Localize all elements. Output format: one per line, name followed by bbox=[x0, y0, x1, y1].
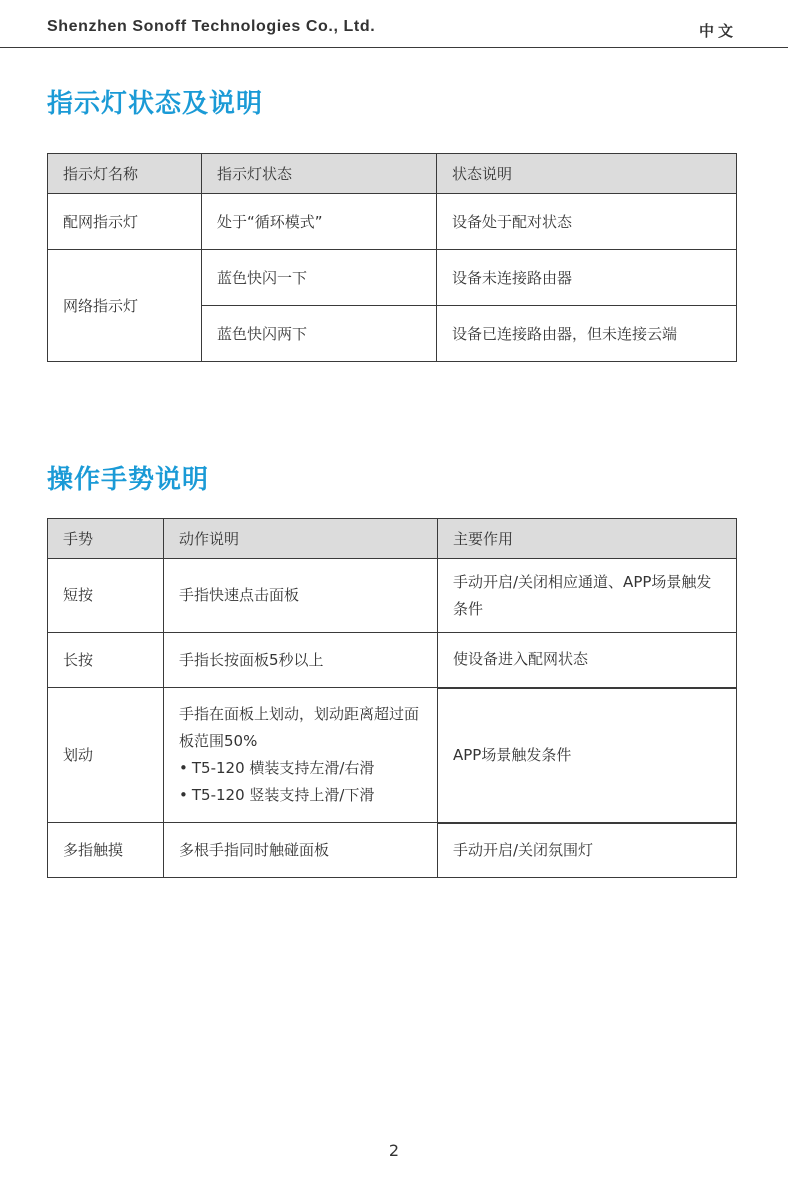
table-row: 长按 手指长按面板5秒以上 使设备进入配网状态 bbox=[48, 633, 737, 688]
table-row: 划动 手指在面板上划动，划动距离超过面板范围50% T5-120 横装支持左滑/… bbox=[48, 688, 737, 823]
gesture-effect: APP场景触发条件 bbox=[438, 688, 737, 823]
company-name: Shenzhen Sonoff Technologies Co., Ltd. bbox=[47, 18, 375, 36]
gesture-action: 手指在面板上划动，划动距离超过面板范围50% bbox=[179, 701, 422, 755]
gesture-action: 手指长按面板5秒以上 bbox=[164, 633, 438, 688]
indicator-desc: 设备已连接路由器，但未连接云端 bbox=[437, 306, 737, 362]
gesture-effect: 使设备进入配网状态 bbox=[438, 633, 737, 688]
indicator-section-title: 指示灯状态及说明 bbox=[47, 83, 263, 120]
table-row: 多指触摸 多根手指同时触碰面板 手动开启/关闭氛围灯 bbox=[48, 823, 737, 878]
indicator-desc: 设备处于配对状态 bbox=[437, 194, 737, 250]
column-header: 手势 bbox=[48, 519, 164, 559]
page-number: 2 bbox=[0, 1141, 788, 1160]
gesture-effect: 手动开启/关闭相应通道、APP场景触发条件 bbox=[438, 559, 737, 633]
language-label: 中文 bbox=[699, 20, 737, 41]
indicator-state: 处于“循环模式” bbox=[202, 194, 437, 250]
gesture-name: 划动 bbox=[48, 688, 164, 823]
column-header: 指示灯名称 bbox=[48, 154, 202, 194]
table-header-row: 指示灯名称 指示灯状态 状态说明 bbox=[48, 154, 737, 194]
gesture-action: 多根手指同时触碰面板 bbox=[164, 823, 438, 878]
column-header: 动作说明 bbox=[164, 519, 438, 559]
gesture-name: 短按 bbox=[48, 559, 164, 633]
table-row: 配网指示灯 处于“循环模式” 设备处于配对状态 bbox=[48, 194, 737, 250]
indicator-table: 指示灯名称 指示灯状态 状态说明 配网指示灯 处于“循环模式” 设备处于配对状态… bbox=[47, 153, 737, 362]
bullet-item: T5-120 竖装支持上滑/下滑 bbox=[179, 782, 422, 809]
indicator-name: 网络指示灯 bbox=[48, 250, 202, 362]
column-header: 主要作用 bbox=[438, 519, 737, 559]
table-row: 网络指示灯 蓝色快闪一下 设备未连接路由器 bbox=[48, 250, 737, 306]
table-header-row: 手势 动作说明 主要作用 bbox=[48, 519, 737, 559]
bullet-item: T5-120 横装支持左滑/右滑 bbox=[179, 755, 422, 782]
indicator-state: 蓝色快闪一下 bbox=[202, 250, 437, 306]
column-header: 状态说明 bbox=[437, 154, 737, 194]
gesture-action: 手指快速点击面板 bbox=[164, 559, 438, 633]
gesture-section-title: 操作手势说明 bbox=[47, 459, 209, 496]
indicator-name: 配网指示灯 bbox=[48, 194, 202, 250]
column-header: 指示灯状态 bbox=[202, 154, 437, 194]
gesture-name: 长按 bbox=[48, 633, 164, 688]
table-row: 短按 手指快速点击面板 手动开启/关闭相应通道、APP场景触发条件 bbox=[48, 559, 737, 633]
gesture-table: 手势 动作说明 主要作用 短按 手指快速点击面板 手动开启/关闭相应通道、APP… bbox=[47, 518, 737, 878]
gesture-effect: 手动开启/关闭氛围灯 bbox=[438, 823, 737, 878]
indicator-desc: 设备未连接路由器 bbox=[437, 250, 737, 306]
indicator-state: 蓝色快闪两下 bbox=[202, 306, 437, 362]
gesture-action-cell: 手指在面板上划动，划动距离超过面板范围50% T5-120 横装支持左滑/右滑 … bbox=[164, 688, 438, 823]
gesture-name: 多指触摸 bbox=[48, 823, 164, 878]
page-header: Shenzhen Sonoff Technologies Co., Ltd. 中… bbox=[0, 0, 788, 48]
